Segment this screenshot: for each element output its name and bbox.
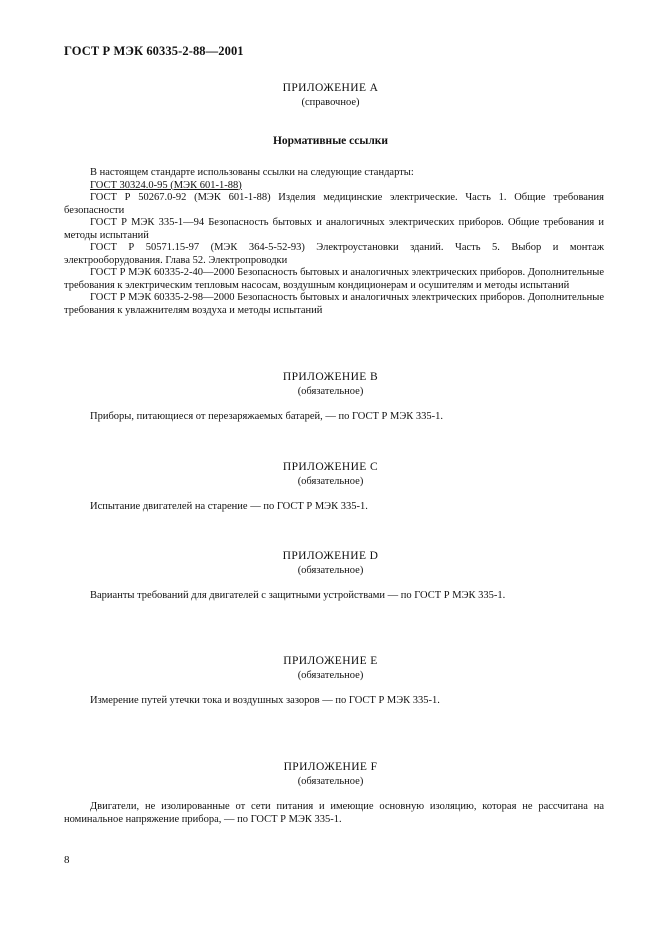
- annex-a-status: (справочное): [0, 97, 661, 108]
- annex-b-status: (обязательное): [0, 386, 661, 397]
- annex-a-title: ПРИЛОЖЕНИЕ А: [0, 82, 661, 94]
- annex-c-text: Испытание двигателей на старение — по ГО…: [64, 501, 604, 514]
- reference-item: ГОСТ 30324.0-95 (МЭК 601-1-88): [64, 180, 604, 193]
- annex-d-title: ПРИЛОЖЕНИЕ D: [0, 550, 661, 562]
- reference-item: ГОСТ Р МЭК 60335-2-40—2000 Безопасность …: [64, 267, 604, 292]
- annex-e-status: (обязательное): [0, 670, 661, 681]
- document-page: ГОСТ Р МЭК 60335-2-88—2001 ПРИЛОЖЕНИЕ А …: [0, 0, 661, 936]
- annex-c-title: ПРИЛОЖЕНИЕ С: [0, 461, 661, 473]
- annex-b-text: Приборы, питающиеся от перезаряжаемых ба…: [64, 411, 604, 424]
- annex-b-title: ПРИЛОЖЕНИЕ В: [0, 371, 661, 383]
- reference-item: ГОСТ Р 50267.0-92 (МЭК 601-1-88) Изделия…: [64, 192, 604, 217]
- document-id-header: ГОСТ Р МЭК 60335-2-88—2001: [64, 44, 244, 59]
- references-list: В настоящем стандарте использованы ссылк…: [64, 167, 604, 317]
- annex-d-text: Варианты требований для двигателей с защ…: [64, 590, 604, 603]
- annex-f-status: (обязательное): [0, 776, 661, 787]
- annex-f-text: Двигатели, не изолированные от сети пита…: [64, 801, 604, 826]
- page-number: 8: [64, 854, 70, 866]
- reference-underlined: ГОСТ 30324.0-95 (МЭК 601-1-88): [90, 180, 242, 191]
- annex-f-title: ПРИЛОЖЕНИЕ F: [0, 761, 661, 773]
- reference-item: ГОСТ Р МЭК 60335-2-98—2000 Безопасность …: [64, 292, 604, 317]
- reference-item: ГОСТ Р МЭК 335-1—94 Безопасность бытовых…: [64, 217, 604, 242]
- annex-e-text: Измерение путей утечки тока и воздушных …: [64, 695, 604, 708]
- reference-item: ГОСТ Р 50571.15-97 (МЭК 364-5-52-93) Эле…: [64, 242, 604, 267]
- annex-c-status: (обязательное): [0, 476, 661, 487]
- normative-references-heading: Нормативные ссылки: [0, 135, 661, 147]
- annex-d-status: (обязательное): [0, 565, 661, 576]
- references-intro: В настоящем стандарте использованы ссылк…: [64, 167, 604, 180]
- annex-e-title: ПРИЛОЖЕНИЕ Е: [0, 655, 661, 667]
